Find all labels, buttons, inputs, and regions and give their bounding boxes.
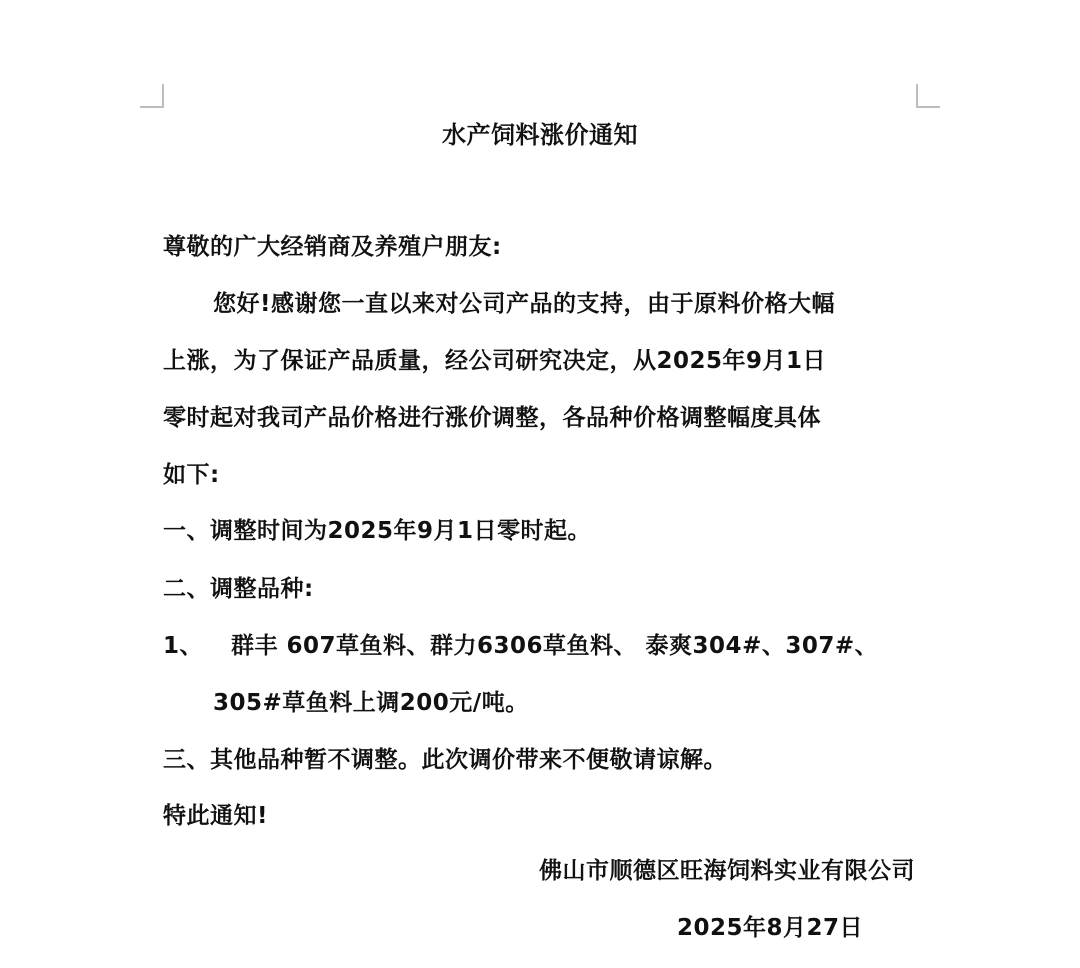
document-page: 水产饲料涨价通知 尊敬的广大经销商及养殖户朋友: 您好!感谢您一直以来对公司产品… [0, 0, 1080, 968]
document-title: 水产饲料涨价通知 [0, 120, 1080, 150]
body-line-1: 您好!感谢您一直以来对公司产品的支持，由于原料价格大幅 [213, 289, 835, 319]
signature-company: 佛山市顺德区旺海饲料实业有限公司 [539, 856, 915, 886]
body-line-3: 零时起对我司产品价格进行涨价调整，各品种价格调整幅度具体 [163, 403, 821, 433]
list-item-1: 1、群丰 607草鱼料、群力6306草鱼料、 泰爽304#、307#、 [163, 631, 878, 661]
signature-date: 2025年8月27日 [677, 913, 863, 943]
section-one: 一、调整时间为2025年9月1日零时起。 [163, 516, 591, 546]
salutation: 尊敬的广大经销商及养殖户朋友: [163, 232, 502, 262]
body-line-4: 如下: [163, 460, 220, 490]
list-item-text: 群丰 607草鱼料、群力6306草鱼料、 泰爽304#、307#、 [231, 633, 878, 659]
list-item-1-continuation: 305#草鱼料上调200元/吨。 [213, 688, 529, 718]
page-corner-mark-top-left [140, 84, 164, 108]
closing-remark: 特此通知! [163, 801, 268, 831]
section-two: 二、调整品种: [163, 574, 314, 604]
page-corner-mark-top-right [916, 84, 940, 108]
body-line-2: 上涨，为了保证产品质量，经公司研究决定，从2025年9月1日 [163, 346, 826, 376]
section-three: 三、其他品种暂不调整。此次调价带来不便敬请谅解。 [163, 745, 727, 775]
list-item-number: 1、 [163, 633, 203, 659]
